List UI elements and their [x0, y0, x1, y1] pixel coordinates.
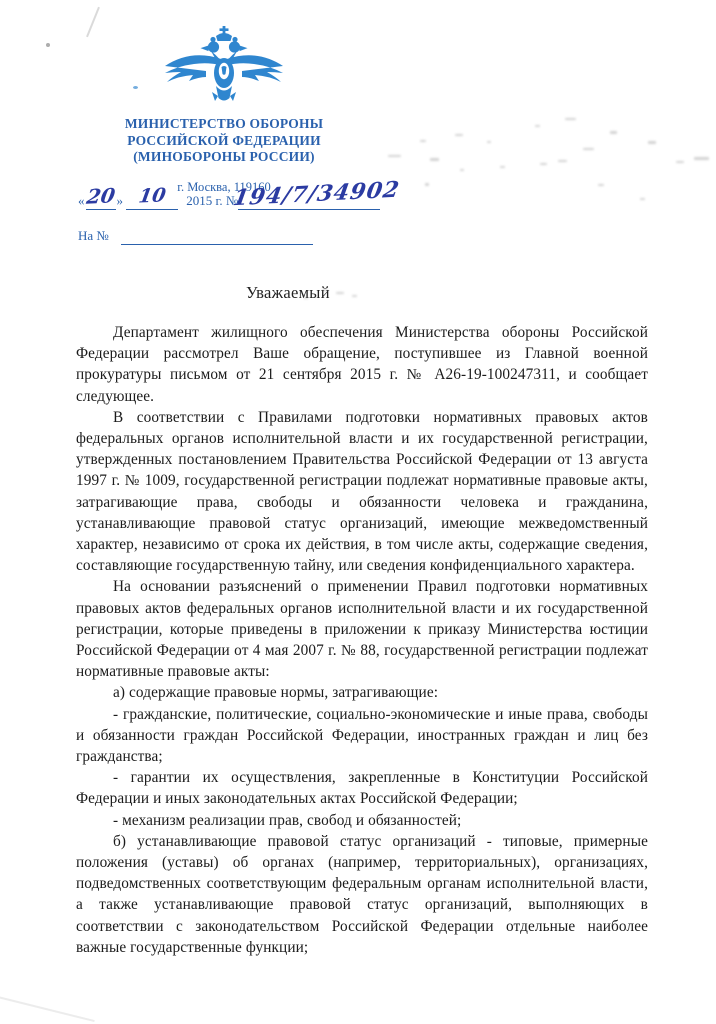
body-paragraph: Департамент жилищного обеспечения Минист… [76, 322, 648, 407]
handwritten-day: 20 [86, 195, 114, 196]
body-paragraph: б) устанавливающие правовой статус орган… [76, 831, 648, 958]
scanned-letter-page: МИНИСТЕРСТВО ОБОРОНЫ РОССИЙСКОЙ ФЕДЕРАЦИ… [0, 0, 716, 1024]
open-quote: « [78, 193, 85, 208]
month-blank-line: 10 [126, 193, 178, 210]
org-name-line1: МИНИСТЕРСТВО ОБОРОНЫ [86, 116, 362, 133]
body-paragraph: а) содержащие правовые нормы, затрагиваю… [76, 682, 648, 703]
letterhead: МИНИСТЕРСТВО ОБОРОНЫ РОССИЙСКОЙ ФЕДЕРАЦИ… [86, 26, 362, 195]
body-paragraph: - гражданские, политические, социально-э… [76, 704, 648, 768]
date-and-number-row: «20» 102015 г. №194/7/34902 [78, 193, 418, 210]
body-paragraph: В соответствии с Правилами подготовки но… [76, 407, 648, 577]
reply-reference-label: На № [78, 228, 109, 243]
double-headed-eagle-icon [163, 26, 285, 108]
scan-scratch-mark [0, 996, 95, 1022]
body-paragraph: - гарантии их осуществления, закрепленны… [76, 767, 648, 809]
letter-body: Департамент жилищного обеспечения Минист… [76, 322, 648, 958]
handwritten-month: 10 [139, 195, 166, 196]
body-paragraph: На основании разъяснений о применении Пр… [76, 576, 648, 682]
org-name-line2: РОССИЙСКОЙ ФЕДЕРАЦИИ [86, 133, 362, 150]
day-blank-line: 20 [86, 193, 116, 210]
number-blank-line: 194/7/34902 [238, 193, 380, 210]
org-name-line3: (МИНОБОРОНЫ РОССИИ) [86, 149, 362, 166]
scan-speck [46, 43, 50, 47]
salutation-text: Уважаемый [246, 283, 330, 303]
year-number-label: 2015 г. № [186, 193, 238, 208]
close-quote: » [117, 193, 124, 208]
reply-reference-row: На № [78, 228, 313, 245]
reply-reference-blank-line [121, 228, 313, 245]
handwritten-doc-number: 194/7/34902 [233, 190, 399, 199]
body-paragraph: - механизм реализации прав, свобод и обя… [76, 810, 648, 831]
